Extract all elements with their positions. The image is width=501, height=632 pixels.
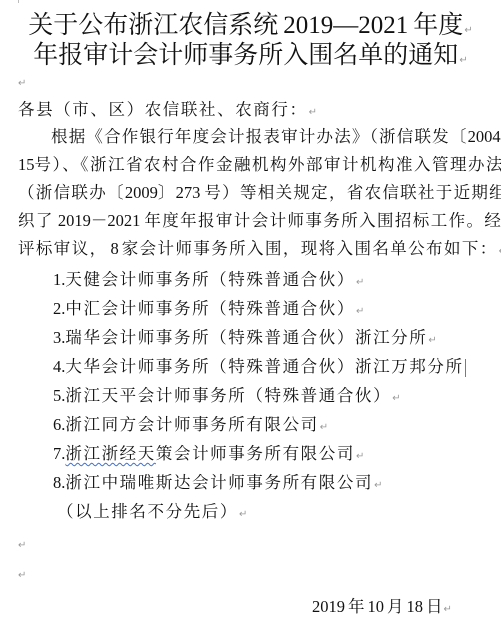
- firm-list-item-4: 4.大华会计师事务所（特殊普通合伙）浙江万邦分所: [53, 357, 466, 377]
- document-page[interactable]: 关于公布浙江农信系统2019—2021年度↵ 年报审计会计师事务所入围名单的通知…: [0, 0, 501, 632]
- firm-number: 6.: [53, 415, 65, 434]
- title-suffix: 年度: [413, 10, 463, 39]
- body-text: 号）等相关规定，省农信联社于近期组: [204, 183, 501, 202]
- firm-list-item-8: 8.浙江中瑞唯斯达会计师事务所有限公司↵: [53, 473, 384, 496]
- firm-list-item-5: 5.浙江天平会计师事务所（特殊普通合伙）↵: [53, 386, 402, 409]
- empty-paragraph: ↵: [18, 570, 26, 581]
- paragraph-mark-icon: ↵: [459, 55, 467, 66]
- title-years: 2019—2021: [283, 12, 408, 39]
- body-year: 2004: [468, 127, 501, 146]
- title-line-2-text: 年报审计会计师事务所入围名单的通知: [33, 40, 458, 69]
- firm-number: 4.: [53, 357, 65, 376]
- firm-name: 策会计师事务所有限公司: [156, 444, 355, 463]
- paragraph-mark-icon: ↵: [374, 480, 384, 491]
- paragraph-mark-icon: ↵: [392, 393, 402, 404]
- firm-name: 瑞华会计师事务所（特殊普通合伙）浙江分所: [65, 328, 427, 347]
- body-number: 273: [176, 183, 201, 202]
- firm-number: 2.: [53, 299, 65, 318]
- document-title-line-2: 年报审计会计师事务所入围名单的通知↵: [0, 40, 501, 76]
- firm-name: 天健会计师事务所（特殊普通合伙）: [65, 270, 355, 289]
- body-text: 号）、《浙江省农村合作金融机构外部审计机构准入管理办法》: [35, 155, 501, 174]
- text-cursor: [465, 359, 466, 377]
- firm-list-item-2: 2.中汇会计师事务所（特殊普通合伙）↵: [53, 299, 366, 322]
- firm-list-item-1: 1.天健会计师事务所（特殊普通合伙）↵: [53, 270, 366, 293]
- document-date: 2019年10月18日↵: [312, 597, 452, 620]
- firm-list-item-7: 7.浙江浙经天策会计师事务所有限公司↵: [53, 444, 366, 467]
- firm-name: 中汇会计师事务所（特殊普通合伙）: [65, 299, 355, 318]
- firm-name: 浙江天平会计师事务所（特殊普通合伙）: [65, 386, 391, 405]
- firm-name: 浙江中瑞唯斯达会计师事务所有限公司: [65, 473, 373, 492]
- body-years: 2019－2021: [58, 211, 141, 230]
- paragraph-mark-icon: ↵: [428, 335, 438, 346]
- body-number: 15: [18, 155, 35, 174]
- firm-number: 8.: [53, 473, 65, 492]
- spellcheck-underlined-text[interactable]: 浙江浙经天: [65, 444, 156, 463]
- paragraph-mark-icon: ↵: [464, 25, 472, 36]
- date-day-char: 日: [426, 597, 443, 616]
- firm-number: 5.: [53, 386, 65, 405]
- body-line-1: 根据《合作银行年度会计报表审计办法》（浙信联发〔2004〕: [51, 127, 501, 147]
- body-line-4: 织了2019－2021年度年报审计会计师事务所入围招标工作。经: [18, 211, 501, 231]
- firm-number: 3.: [53, 328, 65, 347]
- paragraph-mark-icon: ↵: [239, 509, 249, 520]
- ranking-note: （以上排名不分先后）↵: [57, 502, 249, 525]
- ranking-note-text: （以上排名不分先后）: [57, 502, 238, 521]
- body-text: 根据《合作银行年度会计报表审计办法》（浙信联发〔: [51, 127, 468, 146]
- firm-number: 7.: [53, 444, 65, 463]
- firm-count: 8: [111, 239, 119, 258]
- date-month-char: 月: [387, 597, 404, 616]
- body-line-3: （浙信联办〔2009〕273号）等相关规定，省农信联社于近期组: [18, 183, 501, 203]
- date-year: 2019: [312, 597, 345, 616]
- firm-list-item-6: 6.浙江同方会计师事务所有限公司↵: [53, 415, 330, 438]
- body-text: 织了: [18, 211, 54, 230]
- date-month: 10: [368, 597, 385, 616]
- date-day: 18: [407, 597, 424, 616]
- body-text: 评标审议，: [18, 239, 108, 258]
- empty-paragraph: ↵: [18, 540, 26, 551]
- body-text: 家会计师事务所入围，现将入围名单公布如下：: [122, 239, 498, 258]
- paragraph-mark-icon: ↵: [18, 78, 26, 89]
- paragraph-mark-icon: ↵: [320, 422, 330, 433]
- paragraph-mark-icon: ↵: [444, 604, 452, 615]
- salutation: 各县（市、区）农信联社、农商行：↵: [18, 100, 319, 123]
- paragraph-mark-icon: ↵: [356, 277, 366, 288]
- date-year-char: 年: [348, 597, 365, 616]
- paragraph-mark-icon: ↵: [309, 107, 319, 118]
- paragraph-mark-icon: ↵: [356, 306, 366, 317]
- firm-number: 1.: [53, 270, 65, 289]
- body-line-2: 15号）、《浙江省农村合作金融机构外部审计机构准入管理办法》: [18, 155, 501, 175]
- paragraph-mark-icon: ↵: [356, 451, 366, 462]
- body-text: 〕: [158, 183, 176, 202]
- empty-paragraph: ↵: [18, 78, 26, 89]
- firm-name: 浙江同方会计师事务所有限公司: [65, 415, 318, 434]
- paragraph-mark-icon: ↵: [18, 540, 26, 551]
- body-year: 2009: [125, 183, 158, 202]
- salutation-text: 各县（市、区）农信联社、农商行：: [18, 100, 308, 119]
- paragraph-mark-icon: ↵: [18, 570, 26, 581]
- body-text: 年度年报审计会计师事务所入围招标工作。经: [144, 211, 501, 230]
- page-corner-mark: [18, 0, 19, 3]
- body-text: （浙信联办〔: [18, 183, 125, 202]
- firm-name: 大华会计师事务所（特殊普通合伙）浙江万邦分所: [65, 357, 463, 376]
- firm-list-item-3: 3.瑞华会计师事务所（特殊普通合伙）浙江分所↵: [53, 328, 438, 351]
- title-prefix: 关于公布浙江农信系统: [28, 10, 278, 39]
- body-line-5: 评标审议，8家会计师事务所入围，现将入围名单公布如下：↵: [18, 239, 501, 262]
